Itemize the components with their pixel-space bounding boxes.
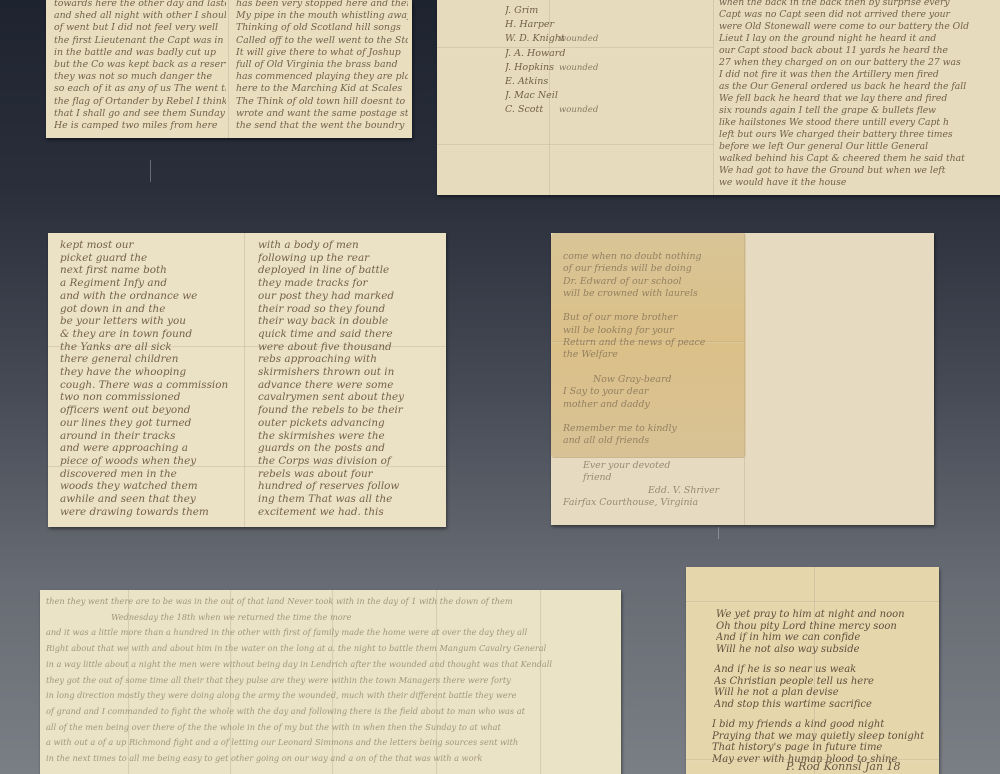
poem-stanza-2: And if he is so near us weak As Christia… bbox=[714, 664, 934, 710]
fold-crease bbox=[228, 0, 230, 138]
letter-text-left-page: towards here the other day and lasted un… bbox=[54, 0, 226, 132]
fold-crease bbox=[713, 0, 715, 195]
poem-signature: P. Rod Konnsl Jan 18 bbox=[786, 761, 936, 773]
letter-bottom-right: We yet pray to him at night and noon Oh … bbox=[686, 567, 939, 774]
letter-text-right-page: has been very stopped here and there My … bbox=[236, 0, 408, 132]
poem-stanza-3: I bid my friends a kind good night Prayi… bbox=[712, 719, 936, 765]
letter-text-left-page: kept most our picket guard the next firs… bbox=[60, 239, 240, 518]
letter-text-left-page: come when no doubt nothing of our friend… bbox=[563, 251, 743, 509]
letter-top-left: towards here the other day and lasted un… bbox=[46, 0, 412, 138]
fold-crease bbox=[437, 144, 713, 146]
letter-top-right: J. Grim H. Harper W. D. Knight J. A. How… bbox=[437, 0, 1000, 195]
roster-notes: wounded wounded wounded bbox=[559, 4, 639, 118]
letter-text-right-page: with a body of men following up the rear… bbox=[258, 239, 442, 518]
fold-crease bbox=[744, 233, 746, 525]
backdrop-scratch bbox=[718, 527, 719, 539]
poem-stanza-1: We yet pray to him at night and noon Oh … bbox=[716, 609, 936, 655]
letter-text: then they went there are to be was in th… bbox=[46, 594, 618, 767]
letter-bottom-left: then they went there are to be was in th… bbox=[40, 590, 621, 774]
fold-crease bbox=[244, 233, 246, 527]
letter-text-right-page: when the back in the back then by surpri… bbox=[719, 0, 999, 189]
letter-middle-left: kept most our picket guard the next firs… bbox=[48, 233, 446, 527]
fold-crease bbox=[686, 601, 939, 603]
letter-middle-right: come when no doubt nothing of our friend… bbox=[551, 233, 934, 525]
backdrop-scratch bbox=[150, 160, 151, 182]
